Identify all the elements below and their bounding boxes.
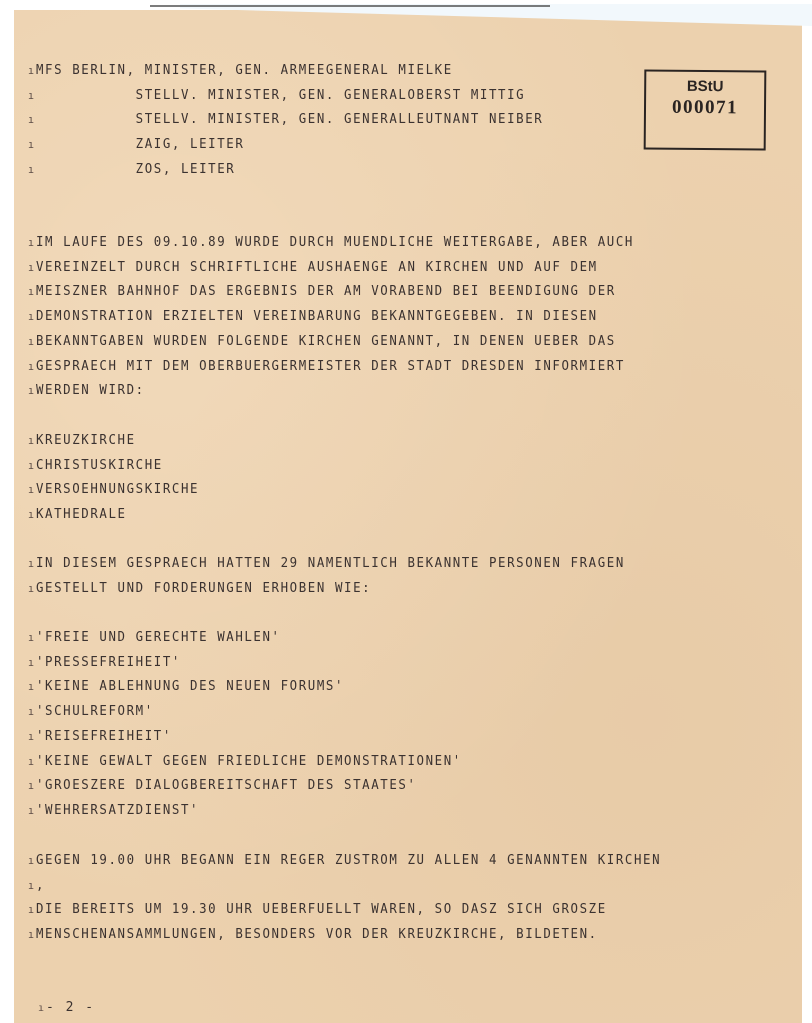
margin-bar: ı bbox=[28, 903, 36, 920]
paragraph-line: ıMEISZNER BAHNHOF DAS ERGEBNIS DER AM VO… bbox=[28, 283, 616, 302]
margin-bar: ı bbox=[28, 434, 36, 451]
demand-item: ı'SCHULREFORM' bbox=[28, 703, 154, 722]
paragraph-line-text: , bbox=[36, 876, 45, 892]
header-line-text: STELLV. MINISTER, GEN. GENERALOBERST MIT… bbox=[36, 86, 525, 102]
header-line: ı STELLV. MINISTER, GEN. GENERALLEUTNANT… bbox=[28, 111, 543, 130]
demand-item: ı'REISEFREIHEIT' bbox=[28, 727, 172, 746]
header-line: ı STELLV. MINISTER, GEN. GENERALOBERST M… bbox=[28, 86, 525, 105]
paragraph-line: ıIN DIESEM GESPRAECH HATTEN 29 NAMENTLIC… bbox=[28, 555, 625, 574]
church-item: ıKATHEDRALE bbox=[28, 506, 127, 525]
header-line-text: ZAIG, LEITER bbox=[36, 136, 244, 152]
margin-bar: ı bbox=[28, 483, 36, 500]
margin-bar: ı bbox=[28, 162, 36, 179]
church-item-text: KATHEDRALE bbox=[36, 506, 127, 522]
paragraph-line: ıDEMONSTRATION ERZIELTEN VEREINBARUNG BE… bbox=[28, 308, 598, 327]
archive-stamp: BStU 000071 bbox=[644, 69, 767, 150]
demand-item: ı'PRESSEFREIHEIT' bbox=[28, 653, 181, 672]
paragraph-line: ıGESTELLT UND FORDERUNGEN ERHOBEN WIE: bbox=[28, 579, 371, 598]
header-line: ı ZAIG, LEITER bbox=[28, 136, 244, 155]
demand-item-text: 'FREIE UND GERECHTE WAHLEN' bbox=[36, 629, 281, 645]
margin-bar: ı bbox=[28, 804, 36, 821]
margin-bar: ı bbox=[28, 581, 36, 598]
paragraph-line-text: GEGEN 19.00 UHR BEGANN EIN REGER ZUSTROM… bbox=[36, 852, 661, 868]
paragraph-line: ıGESPRAECH MIT DEM OBERBUERGERMEISTER DE… bbox=[28, 357, 625, 376]
paragraph-line-text: GESTELLT UND FORDERUNGEN ERHOBEN WIE: bbox=[36, 579, 371, 595]
church-item: ıVERSOEHNUNGSKIRCHE bbox=[28, 481, 199, 500]
margin-bar: ı bbox=[28, 779, 36, 796]
demand-item-text: 'KEINE GEWALT GEGEN FRIEDLICHE DEMONSTRA… bbox=[36, 752, 462, 768]
margin-bar: ı bbox=[28, 680, 36, 697]
demand-item-text: 'SCHULREFORM' bbox=[36, 703, 154, 719]
church-item-text: VERSOEHNUNGSKIRCHE bbox=[36, 481, 199, 497]
margin-bar: ı bbox=[28, 138, 36, 155]
church-item: ıCHRISTUSKIRCHE bbox=[28, 456, 163, 475]
paragraph-line: ıMENSCHENANSAMMLUNGEN, BESONDERS VOR DER… bbox=[28, 926, 598, 945]
margin-bar: ı bbox=[28, 236, 36, 253]
margin-bar: ı bbox=[28, 310, 36, 327]
header-line-text: MFS BERLIN, MINISTER, GEN. ARMEEGENERAL … bbox=[36, 62, 453, 78]
church-item-text: CHRISTUSKIRCHE bbox=[36, 456, 163, 472]
stamp-org: BStU bbox=[646, 77, 764, 95]
paragraph-line-text: MEISZNER BAHNHOF DAS ERGEBNIS DER AM VOR… bbox=[36, 283, 616, 299]
paragraph-line: ıGEGEN 19.00 UHR BEGANN EIN REGER ZUSTRO… bbox=[28, 852, 661, 871]
demand-item-text: 'WEHRERSATZDIENST' bbox=[36, 801, 199, 817]
church-item-text: KREUZKIRCHE bbox=[36, 432, 136, 448]
margin-bar: ı bbox=[28, 928, 36, 945]
margin-bar: ı bbox=[28, 705, 36, 722]
margin-bar: ı bbox=[28, 754, 36, 771]
paragraph-line: ıWERDEN WIRD: bbox=[28, 382, 145, 401]
paragraph-line-text: IM LAUFE DES 09.10.89 WURDE DURCH MUENDL… bbox=[36, 234, 634, 250]
paragraph-line: ıIM LAUFE DES 09.10.89 WURDE DURCH MUEND… bbox=[28, 234, 634, 253]
margin-bar: ı bbox=[28, 655, 36, 672]
margin-bar: ı bbox=[38, 1003, 46, 1014]
margin-bar: ı bbox=[28, 260, 36, 277]
demand-item: ı'WEHRERSATZDIENST' bbox=[28, 801, 199, 820]
demand-item: ı'GROESZERE DIALOGBEREITSCHAFT DES STAAT… bbox=[28, 777, 417, 796]
demand-item: ı'KEINE ABLEHNUNG DES NEUEN FORUMS' bbox=[28, 678, 344, 697]
margin-bar: ı bbox=[28, 508, 36, 525]
stamp-number: 000071 bbox=[646, 96, 764, 119]
page-number: ı- 2 - bbox=[38, 1000, 95, 1015]
paragraph-line: ıDIE BEREITS UM 19.30 UHR UEBERFUELLT WA… bbox=[28, 901, 607, 920]
paragraph-line-text: DIE BEREITS UM 19.30 UHR UEBERFUELLT WAR… bbox=[36, 901, 607, 917]
header-line-text: ZOS, LEITER bbox=[36, 160, 235, 176]
header-line: ı ZOS, LEITER bbox=[28, 160, 235, 179]
demand-item: ı'KEINE GEWALT GEGEN FRIEDLICHE DEMONSTR… bbox=[28, 752, 462, 771]
paragraph-line-text: MENSCHENANSAMMLUNGEN, BESONDERS VOR DER … bbox=[36, 926, 598, 942]
margin-bar: ı bbox=[28, 878, 36, 895]
margin-bar: ı bbox=[28, 557, 36, 574]
paragraph-line-text: WERDEN WIRD: bbox=[36, 382, 145, 398]
paragraph-line-text: DEMONSTRATION ERZIELTEN VEREINBARUNG BEK… bbox=[36, 308, 598, 324]
page-number-text: - 2 - bbox=[46, 1000, 95, 1015]
demand-item-text: 'GROESZERE DIALOGBEREITSCHAFT DES STAATE… bbox=[36, 777, 417, 793]
margin-bar: ı bbox=[28, 64, 36, 81]
header-line-text: STELLV. MINISTER, GEN. GENERALLEUTNANT N… bbox=[36, 111, 543, 127]
demand-item: ı'FREIE UND GERECHTE WAHLEN' bbox=[28, 629, 281, 648]
margin-bar: ı bbox=[28, 854, 36, 871]
paragraph-line-text: IN DIESEM GESPRAECH HATTEN 29 NAMENTLICH… bbox=[36, 555, 625, 571]
page-shadow bbox=[150, 5, 550, 7]
margin-bar: ı bbox=[28, 285, 36, 302]
paragraph-line-text: GESPRAECH MIT DEM OBERBUERGERMEISTER DER… bbox=[36, 357, 625, 373]
margin-bar: ı bbox=[28, 458, 36, 475]
paragraph-line-text: VEREINZELT DURCH SCHRIFTLICHE AUSHAENGE … bbox=[36, 258, 598, 274]
demand-item-text: 'REISEFREIHEIT' bbox=[36, 727, 172, 743]
margin-bar: ı bbox=[28, 384, 36, 401]
paragraph-line-text: BEKANNTGABEN WURDEN FOLGENDE KIRCHEN GEN… bbox=[36, 332, 616, 348]
margin-bar: ı bbox=[28, 729, 36, 746]
margin-bar: ı bbox=[28, 359, 36, 376]
header-line: ıMFS BERLIN, MINISTER, GEN. ARMEEGENERAL… bbox=[28, 62, 453, 81]
church-item: ıKREUZKIRCHE bbox=[28, 432, 136, 451]
margin-bar: ı bbox=[28, 88, 36, 105]
margin-bar: ı bbox=[28, 631, 36, 648]
paragraph-line: ıVEREINZELT DURCH SCHRIFTLICHE AUSHAENGE… bbox=[28, 258, 598, 277]
margin-bar: ı bbox=[28, 334, 36, 351]
demand-item-text: 'KEINE ABLEHNUNG DES NEUEN FORUMS' bbox=[36, 678, 344, 694]
paragraph-line: ı, bbox=[28, 876, 45, 895]
paragraph-line: ıBEKANNTGABEN WURDEN FOLGENDE KIRCHEN GE… bbox=[28, 332, 616, 351]
demand-item-text: 'PRESSEFREIHEIT' bbox=[36, 653, 181, 669]
margin-bar: ı bbox=[28, 113, 36, 130]
